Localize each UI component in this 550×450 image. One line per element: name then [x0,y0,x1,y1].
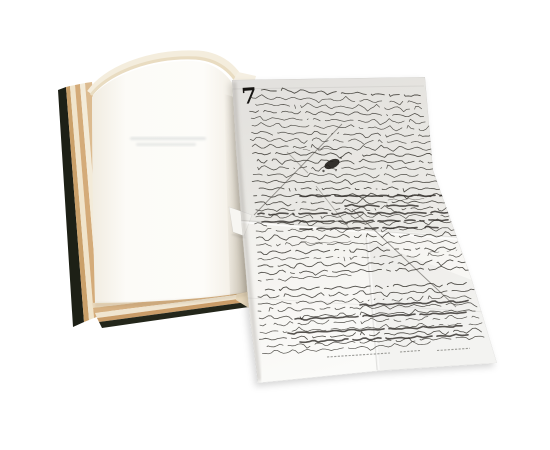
photo-open-book-with-manuscript-foldout: 7 [0,0,550,450]
page-marker: 7 [241,83,258,110]
book-photo-illustration: 7 [0,0,550,450]
left-page [92,61,247,303]
